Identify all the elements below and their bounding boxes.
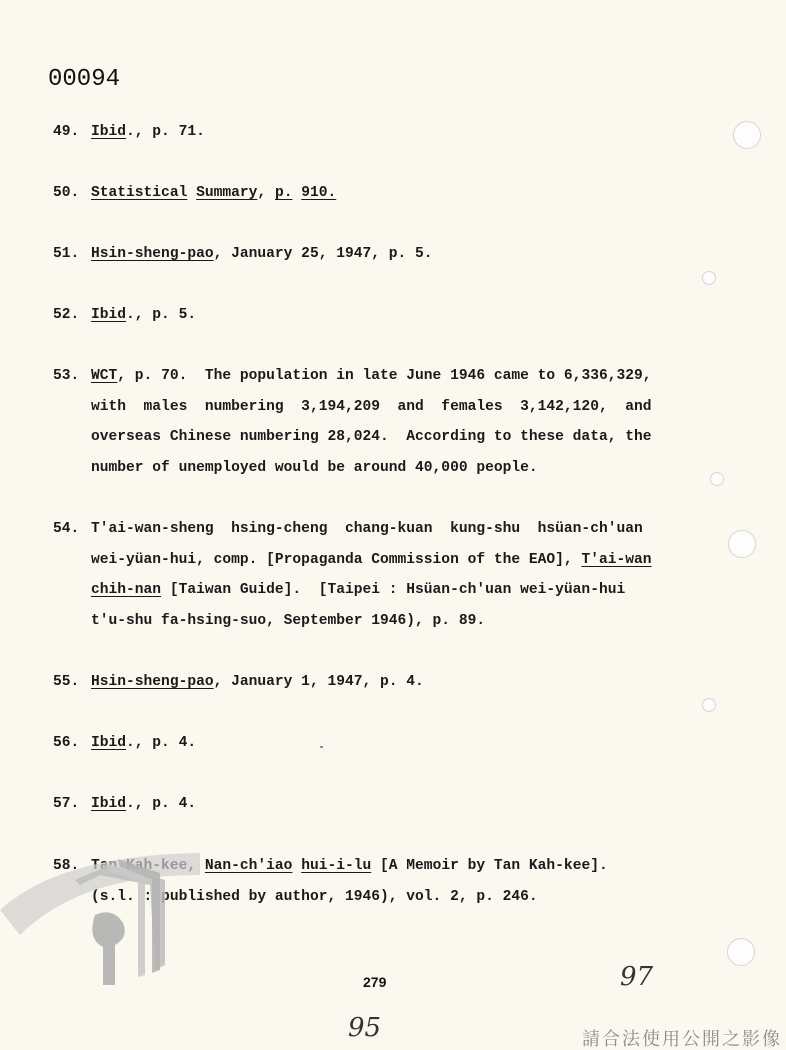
underlined-title: Hsin-sheng-pao [91,246,214,262]
endnote-line: 49.Ibid., p. 71. [53,117,733,148]
endnote-line: with males numbering 3,194,209 and femal… [53,392,733,423]
endnote-line: 52.Ibid., p. 5. [53,300,733,331]
citation-text: t'u-shu fa-hsing-suo, September 1946), p… [91,613,485,629]
underlined-title: Summary [196,185,257,201]
endnote-line: number of unemployed would be around 40,… [53,453,733,484]
underlined-title: chih-nan [91,582,161,598]
handwritten-annotation: 97 [620,962,653,992]
citation-text: overseas Chinese numbering 28,024. Accor… [91,429,652,445]
endnote-line: 56.Ibid., p. 4. [53,728,733,759]
citation-text: , p. 70. The population in late June 194… [117,368,651,384]
punch-hole [710,472,724,486]
citation-text [187,185,196,201]
endnote-53: 53.WCT, p. 70. The population in late Ju… [53,361,733,483]
underlined-title: Ibid [91,307,126,323]
endnote-56: 56.Ibid., p. 4. [53,728,733,759]
endnote-line: 50.Statistical Summary, p. 910. [53,178,733,209]
endnote-number: 52. [53,300,91,331]
citation-text [292,858,301,874]
underlined-title: T'ai-wan [581,552,651,568]
document-page: 00094 49.Ibid., p. 71.50.Statistical Sum… [0,0,786,1050]
endnote-50: 50.Statistical Summary, p. 910. [53,178,733,209]
endnote-49: 49.Ibid., p. 71. [53,117,733,148]
citation-text: ., p. 4. [126,796,196,812]
underlined-title: hui-i-lu [301,858,371,874]
endnote-number: 50. [53,178,91,209]
underlined-title: WCT [91,368,117,384]
endnote-line: overseas Chinese numbering 28,024. Accor… [53,422,733,453]
endnote-number: 54. [53,514,91,545]
underlined-title: p. [275,185,293,201]
citation-text: , January 25, 1947, p. 5. [214,246,433,262]
citation-text: ., p. 71. [126,124,205,140]
handwritten-annotation: 95 [348,1013,381,1043]
endnote-line: 57.Ibid., p. 4. [53,789,733,820]
underlined-title: Hsin-sheng-pao [91,674,214,690]
punch-hole [702,271,716,285]
citation-text: T'ai-wan-sheng hsing-cheng chang-kuan ku… [91,521,643,537]
punch-hole [733,121,761,149]
underlined-title: Nan-ch'iao [205,858,293,874]
punch-hole [728,530,756,558]
underlined-title: Ibid [91,735,126,751]
endnote-52: 52.Ibid., p. 5. [53,300,733,331]
endnote-line: 54.T'ai-wan-sheng hsing-cheng chang-kuan… [53,514,733,545]
scan-speck [320,746,323,748]
endnote-57: 57.Ibid., p. 4. [53,789,733,820]
endnote-line: 51.Hsin-sheng-pao, January 25, 1947, p. … [53,239,733,270]
page-number: 279 [363,974,386,990]
usage-watermark-text: 請合法使用公開之影像 [582,1025,782,1050]
endnote-number: 55. [53,667,91,698]
citation-text: [Taiwan Guide]. [Taipei : Hsüan-ch'uan w… [161,582,625,598]
endnote-55: 55.Hsin-sheng-pao, January 1, 1947, p. 4… [53,667,733,698]
citation-text: , January 1, 1947, p. 4. [214,674,424,690]
underlined-title: Ibid [91,124,126,140]
archive-logo-watermark-icon [0,845,200,985]
document-id-stamp: 00094 [48,66,120,93]
endnote-line: wei-yüan-hui, comp. [Propaganda Commissi… [53,545,733,576]
citation-text: ., p. 5. [126,307,196,323]
punch-hole [702,698,716,712]
endnote-54: 54.T'ai-wan-sheng hsing-cheng chang-kuan… [53,514,733,636]
underlined-title: Ibid [91,796,126,812]
punch-hole [727,938,755,966]
citation-text: with males numbering 3,194,209 and femal… [91,399,652,415]
endnote-number: 53. [53,361,91,392]
underlined-title: 910. [301,185,336,201]
endnote-51: 51.Hsin-sheng-pao, January 25, 1947, p. … [53,239,733,270]
endnote-number: 49. [53,117,91,148]
citation-text: ., p. 4. [126,735,196,751]
underlined-title: Statistical [91,185,187,201]
endnote-number: 51. [53,239,91,270]
endnote-number: 57. [53,789,91,820]
citation-text [292,185,301,201]
citation-text: , [257,185,275,201]
citation-text: [A Memoir by Tan Kah-kee]. [371,858,607,874]
citation-text: wei-yüan-hui, comp. [Propaganda Commissi… [91,552,581,568]
endnote-line: 53.WCT, p. 70. The population in late Ju… [53,361,733,392]
endnote-line: chih-nan [Taiwan Guide]. [Taipei : Hsüan… [53,575,733,606]
endnote-line: 55.Hsin-sheng-pao, January 1, 1947, p. 4… [53,667,733,698]
endnote-line: t'u-shu fa-hsing-suo, September 1946), p… [53,606,733,637]
citation-text: number of unemployed would be around 40,… [91,460,538,476]
endnote-number: 56. [53,728,91,759]
